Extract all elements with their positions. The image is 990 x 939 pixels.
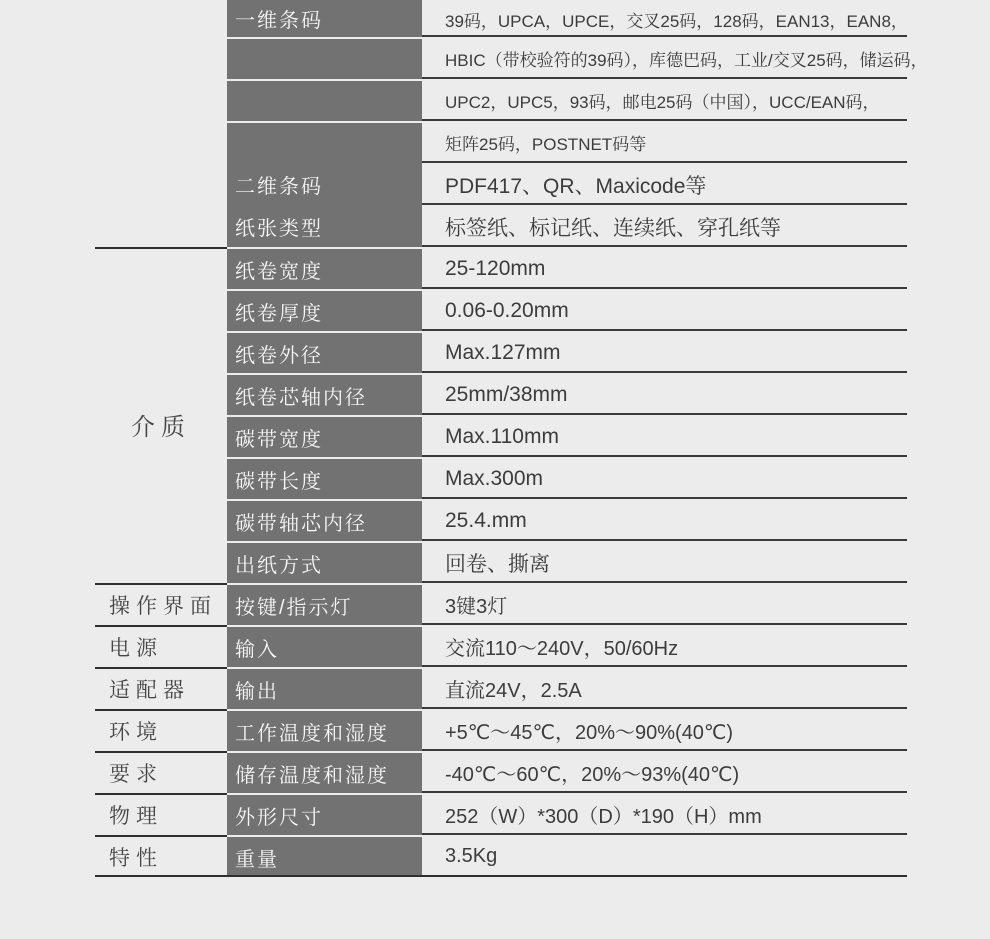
spec-row: 环境工作温度和湿度+5℃～45℃，20%～90%(40℃)	[95, 709, 907, 751]
parameter-name-cell: 工作温度和湿度	[227, 709, 422, 751]
parameter-name-label: 碳带轴芯内径	[235, 507, 367, 536]
category-cell	[95, 163, 227, 205]
parameter-name-label: 输出	[235, 675, 279, 704]
parameter-name-cell: 纸卷芯轴内径	[227, 373, 422, 415]
category-cell	[95, 205, 227, 247]
category-label: 电源	[95, 625, 227, 667]
parameter-value-cell: Max.110mm	[422, 415, 907, 457]
spec-row: 二维条码PDF417、QR、Maxicode等	[95, 163, 907, 205]
parameter-name-cell	[227, 79, 422, 121]
parameter-value-cell: 0.06-0.20mm	[422, 289, 907, 331]
parameter-name-cell: 纸卷厚度	[227, 289, 422, 331]
parameter-name-cell: 碳带长度	[227, 457, 422, 499]
parameter-name-cell	[227, 121, 422, 163]
category-label: 特性	[95, 835, 227, 877]
category-label: 环境	[95, 709, 227, 751]
parameter-name-label: 二维条码	[235, 170, 323, 199]
parameter-name-label: 纸卷芯轴内径	[235, 381, 367, 410]
spec-row: 矩阵25码，POSTNET码等	[95, 121, 907, 163]
parameter-value-cell: 25.4.mm	[422, 499, 907, 541]
category-label: 物理	[95, 793, 227, 835]
parameter-value-cell: 252（W）*300（D）*190（H）mm	[422, 793, 907, 835]
parameter-name-label: 纸卷宽度	[235, 255, 323, 284]
category-cell	[95, 0, 227, 37]
parameter-name-label: 一维条码	[235, 4, 323, 33]
category-label: 操作界面	[95, 583, 227, 625]
parameter-name-cell: 按键/指示灯	[227, 583, 422, 625]
spec-sheet-page: 一维条码39码，UPCA，UPCE，交叉25码，128码，EAN13，EAN8，…	[0, 0, 990, 939]
parameter-value-cell: 25mm/38mm	[422, 373, 907, 415]
parameter-value-cell: Max.127mm	[422, 331, 907, 373]
parameter-value-cell: Max.300m	[422, 457, 907, 499]
parameter-name-label: 出纸方式	[235, 549, 323, 578]
parameter-value-cell: 标签纸、标记纸、连续纸、穿孔纸等	[422, 205, 907, 247]
parameter-value-cell: +5℃～45℃，20%～90%(40℃)	[422, 709, 907, 751]
parameter-name-cell: 出纸方式	[227, 541, 422, 583]
parameter-name-cell	[227, 37, 422, 79]
spec-row: 电源输入交流110～240V，50/60Hz	[95, 625, 907, 667]
parameter-value-cell: 3.5Kg	[422, 835, 907, 877]
parameter-value-cell: UPC2，UPC5，93码，邮电25码（中国），UCC/EAN码，	[422, 79, 907, 121]
category-cell	[95, 79, 227, 121]
spec-row: 特性重量3.5Kg	[95, 835, 907, 877]
parameter-value-cell: PDF417、QR、Maxicode等	[422, 163, 907, 205]
category-cell	[95, 121, 227, 163]
parameter-value-cell: 交流110～240V，50/60Hz	[422, 625, 907, 667]
parameter-name-cell: 纸张类型	[227, 205, 422, 247]
spec-row: 一维条码39码，UPCA，UPCE，交叉25码，128码，EAN13，EAN8，	[95, 0, 907, 37]
parameter-name-cell: 碳带轴芯内径	[227, 499, 422, 541]
spec-row: HBIC（带校验符的39码），库德巴码，工业/交叉25码，储运码，	[95, 37, 907, 79]
spec-row: 纸张类型标签纸、标记纸、连续纸、穿孔纸等	[95, 205, 907, 247]
parameter-value-cell: 矩阵25码，POSTNET码等	[422, 121, 907, 163]
parameter-name-label: 输入	[235, 633, 279, 662]
parameter-name-label: 纸卷外径	[235, 339, 323, 368]
parameter-name-cell: 储存温度和湿度	[227, 751, 422, 793]
spec-row: UPC2，UPC5，93码，邮电25码（中国），UCC/EAN码，	[95, 79, 907, 121]
parameter-value-cell: 回卷、撕离	[422, 541, 907, 583]
parameter-value-cell: 3键3灯	[422, 583, 907, 625]
parameter-name-label: 外形尺寸	[235, 801, 323, 830]
parameter-name-cell: 纸卷外径	[227, 331, 422, 373]
parameter-name-label: 工作温度和湿度	[235, 717, 389, 746]
parameter-name-label: 按键/指示灯	[235, 591, 353, 620]
spec-row: 要求储存温度和湿度-40℃～60℃，20%～93%(40℃)	[95, 751, 907, 793]
table-bottom-border	[95, 875, 907, 877]
parameter-name-cell: 碳带宽度	[227, 415, 422, 457]
category-label: 要求	[95, 751, 227, 793]
parameter-name-cell: 重量	[227, 835, 422, 877]
parameter-name-cell: 外形尺寸	[227, 793, 422, 835]
parameter-name-label: 纸张类型	[235, 212, 323, 241]
category-label: 介质	[95, 247, 227, 583]
parameter-name-cell: 输出	[227, 667, 422, 709]
parameter-name-label: 储存温度和湿度	[235, 759, 389, 788]
parameter-name-cell: 输入	[227, 625, 422, 667]
category-cell	[95, 37, 227, 79]
parameter-name-label: 纸卷厚度	[235, 297, 323, 326]
parameter-value-cell: HBIC（带校验符的39码），库德巴码，工业/交叉25码，储运码，	[422, 37, 907, 79]
parameter-name-label: 重量	[235, 843, 279, 872]
parameter-value-cell: 直流24V，2.5A	[422, 667, 907, 709]
spec-row: 操作界面按键/指示灯3键3灯	[95, 583, 907, 625]
spec-row: 适配器输出直流24V，2.5A	[95, 667, 907, 709]
parameter-name-cell: 二维条码	[227, 163, 422, 205]
parameter-name-cell: 一维条码	[227, 0, 422, 37]
parameter-value-cell: 25-120mm	[422, 247, 907, 289]
parameter-value-cell: 39码，UPCA，UPCE，交叉25码，128码，EAN13，EAN8，	[422, 0, 907, 37]
parameter-name-label: 碳带宽度	[235, 423, 323, 452]
parameter-name-cell: 纸卷宽度	[227, 247, 422, 289]
parameter-name-label: 碳带长度	[235, 465, 323, 494]
category-label: 适配器	[95, 667, 227, 709]
spec-row: 物理外形尺寸252（W）*300（D）*190（H）mm	[95, 793, 907, 835]
parameter-value-cell: -40℃～60℃，20%～93%(40℃)	[422, 751, 907, 793]
